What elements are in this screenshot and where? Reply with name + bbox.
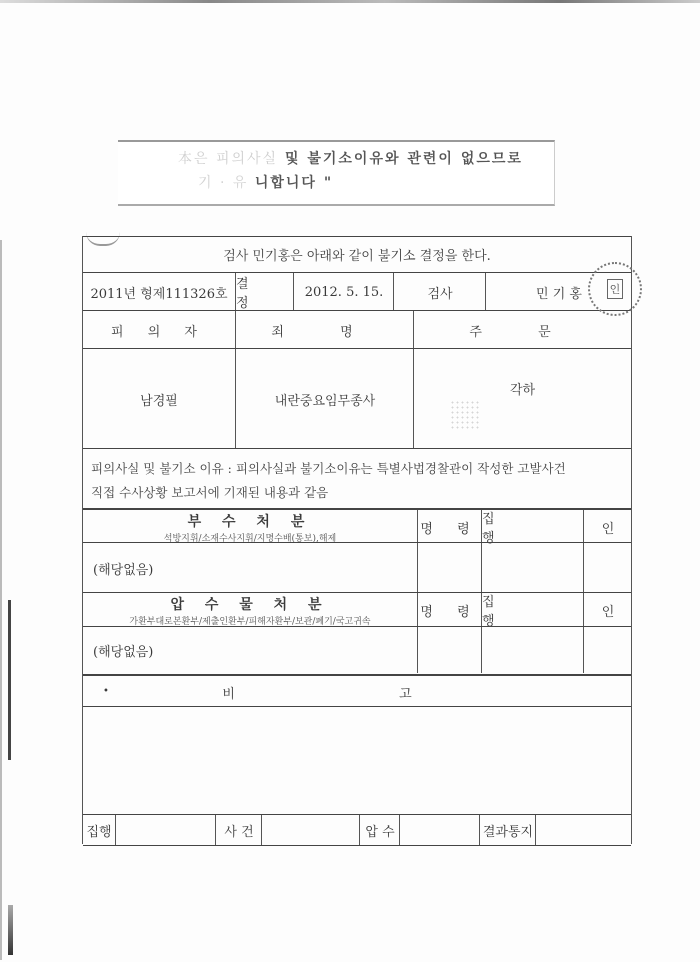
remarks-body xyxy=(83,706,631,815)
scan-edge-left xyxy=(0,240,2,960)
stamp-faded-text: 本은 피의사실 xyxy=(178,151,278,167)
reason-row: 피의사실 및 불기소 이유 : 피의사실과 불기소이유는 특별사법경찰관이 작성… xyxy=(83,448,631,507)
stamp-faded-text: 기 · 유 xyxy=(198,175,255,191)
remarks-header-row: • 비 고 xyxy=(83,674,631,708)
footer-seizure: 압 수 xyxy=(359,815,400,845)
ancillary-value-row: (해당없음) xyxy=(83,542,631,593)
footer-case: 사 건 xyxy=(215,815,262,845)
ancillary-title: 부 수 처 분 xyxy=(188,511,313,531)
stamp-text: 니합니다 xyxy=(255,175,317,191)
overlay-stamp-strip: 本은 피의사실 및 불기소이유와 관련이 없으므로 기 · 유 니합니다 " xyxy=(118,140,555,206)
scan-noise xyxy=(450,400,480,430)
non-prosecution-form: 검사 민기홍은 아래와 같이 불기소 결정을 한다. 2011년 형제11132… xyxy=(82,236,632,844)
ancillary-order: 명 령 xyxy=(417,510,482,544)
footer-row: 집행 사 건 압 수 결과통지 xyxy=(83,814,631,846)
seized-exec-value xyxy=(481,627,584,673)
ancillary-order-value xyxy=(417,543,482,593)
prosecutor-seal-icon: 인 xyxy=(588,262,642,316)
record-row: 남경필 내란중요임무종사 각하 xyxy=(83,348,631,449)
col-charge: 죄 명 xyxy=(235,311,414,349)
remarks-title: 비 고 xyxy=(83,676,631,708)
intro-text: 검사 민기홍은 아래와 같이 불기소 결정을 한다. xyxy=(83,245,631,264)
footer-execution-value xyxy=(115,815,216,845)
seized-value: (해당없음) xyxy=(83,627,427,673)
seized-value-row: (해당없음) xyxy=(83,626,631,673)
footer-execution: 집행 xyxy=(83,815,115,845)
seized-seal: 인 xyxy=(583,593,632,627)
charge-name: 내란중요임무종사 xyxy=(235,349,414,449)
case-number: 2011년 형제111326호 xyxy=(83,273,235,311)
seized-header-row: 압 수 물 처 분 가환부대로본환부/제출인환부/피해자환부/보관/폐기/국고귀… xyxy=(83,592,631,627)
scan-edge xyxy=(0,0,700,3)
seized-title: 압 수 물 처 분 xyxy=(170,594,329,614)
intro-row: 검사 민기홍은 아래와 같이 불기소 결정을 한다. xyxy=(83,236,631,273)
decision-date: 2012. 5. 15. xyxy=(293,273,394,311)
footer-result-value xyxy=(535,815,632,845)
ancillary-seal: 인 xyxy=(583,510,632,544)
reason-line-1: 피의사실 및 불기소 이유 : 피의사실과 불기소이유는 특별사법경찰관이 작성… xyxy=(91,457,566,481)
ancillary-seal-value xyxy=(583,543,632,593)
seized-order: 명 령 xyxy=(417,593,482,627)
ancillary-exec: 집 행 xyxy=(481,510,584,544)
seized-subtitle: 가환부대로본환부/제출인환부/피해자환부/보관/폐기/국고귀속 xyxy=(129,614,370,627)
column-header-row: 피 의 자 죄 명 주 문 xyxy=(83,310,631,349)
disposition-value: 각하 xyxy=(413,349,631,449)
decision-label: 결 정 xyxy=(235,273,294,311)
ancillary-value: (해당없음) xyxy=(83,543,427,593)
suspect-name: 남경필 xyxy=(83,349,235,449)
prosecutor-label: 검사 xyxy=(393,273,486,311)
footer-seizure-value xyxy=(399,815,480,845)
case-header-row: 2011년 형제111326호 결 정 2012. 5. 15. 검사 민 기 … xyxy=(83,272,631,311)
ancillary-title-cell: 부 수 처 분 석방지휘/소재수사지휘/지명수배(통보),해제 xyxy=(83,510,417,544)
stamp-text: 및 불기소이유와 관련이 없으므로 xyxy=(285,151,523,167)
ancillary-exec-value xyxy=(481,543,584,593)
col-disposition: 주 문 xyxy=(413,311,632,349)
seized-seal-value xyxy=(583,627,632,673)
reason-line-2: 직접 수사상황 보고서에 기재된 내용과 같음 xyxy=(91,481,566,505)
binder-mark xyxy=(8,600,11,760)
seized-title-cell: 압 수 물 처 분 가환부대로본환부/제출인환부/피해자환부/보관/폐기/국고귀… xyxy=(83,593,417,627)
footer-result-notice: 결과통지 xyxy=(479,815,536,845)
binder-mark xyxy=(8,905,13,955)
seized-order-value xyxy=(417,627,482,673)
ancillary-header-row: 부 수 처 분 석방지휘/소재수사지휘/지명수배(통보),해제 명 령 집 행 … xyxy=(83,508,631,544)
footer-case-value xyxy=(261,815,360,845)
col-suspect: 피 의 자 xyxy=(83,311,235,349)
seal-text: 인 xyxy=(607,279,624,299)
seized-exec: 집 행 xyxy=(481,593,584,627)
